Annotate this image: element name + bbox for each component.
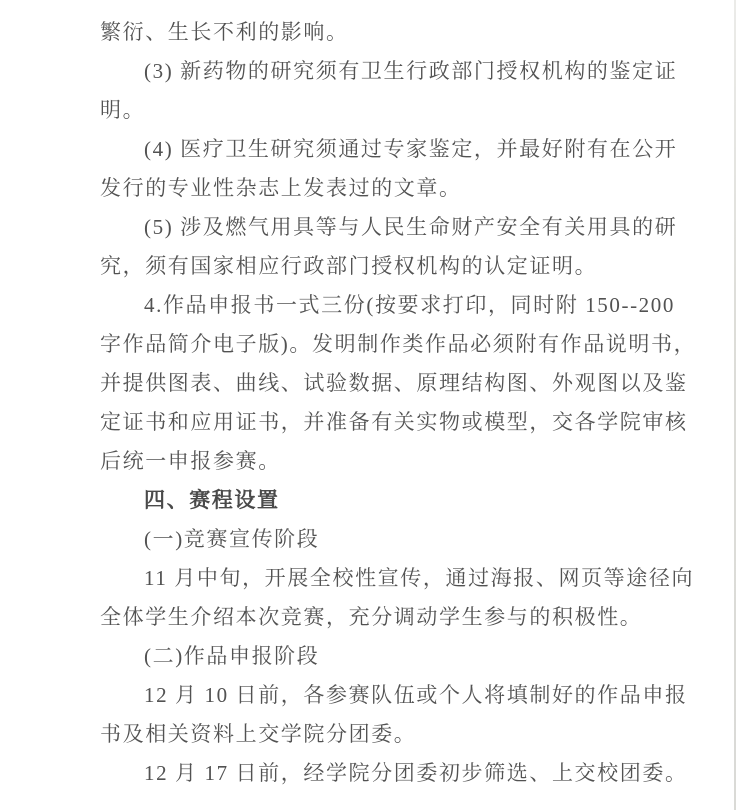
text-line: 11 月中旬，开展全校性宣传，通过海报、网页等途径向 <box>100 559 660 598</box>
text-line: 繁衍、生长不利的影响。 <box>100 13 660 52</box>
text-line: 后统一申报参赛。 <box>100 442 660 481</box>
text-line: (5) 涉及燃气用具等与人民生命财产安全有关用具的研 <box>100 208 660 247</box>
text-line: 12 月 10 日前，各参赛队伍或个人将填制好的作品申报 <box>100 676 660 715</box>
text-line: (二)作品申报阶段 <box>100 637 660 676</box>
text-line: 4.作品申报书一式三份(按要求打印，同时附 150--200 <box>100 286 660 325</box>
text-line: 字作品简介电子版)。发明制作类作品必须附有作品说明书， <box>100 325 660 364</box>
text-line: 发行的专业性杂志上发表过的文章。 <box>100 169 660 208</box>
text-line: 明。 <box>100 91 660 130</box>
text-line: (3) 新药物的研究须有卫生行政部门授权机构的鉴定证 <box>100 52 660 91</box>
page-edge-line <box>734 0 736 810</box>
text-line: 并提供图表、曲线、试验数据、原理结构图、外观图以及鉴 <box>100 364 660 403</box>
text-line: 12 月 17 日前，经学院分团委初步筛选、上交校团委。 <box>100 754 660 793</box>
text-line: (一)竞赛宣传阶段 <box>100 520 660 559</box>
section-heading: 四、赛程设置 <box>100 481 660 520</box>
document-page: 繁衍、生长不利的影响。(3) 新药物的研究须有卫生行政部门授权机构的鉴定证明。(… <box>0 0 739 810</box>
document-body: 繁衍、生长不利的影响。(3) 新药物的研究须有卫生行政部门授权机构的鉴定证明。(… <box>100 13 660 793</box>
text-line: 书及相关资料上交学院分团委。 <box>100 715 660 754</box>
text-line: 全体学生介绍本次竞赛，充分调动学生参与的积极性。 <box>100 598 660 637</box>
text-line: 究，须有国家相应行政部门授权机构的认定证明。 <box>100 247 660 286</box>
text-line: (4) 医疗卫生研究须通过专家鉴定，并最好附有在公开 <box>100 130 660 169</box>
text-line: 定证书和应用证书，并准备有关实物或模型，交各学院审核 <box>100 403 660 442</box>
